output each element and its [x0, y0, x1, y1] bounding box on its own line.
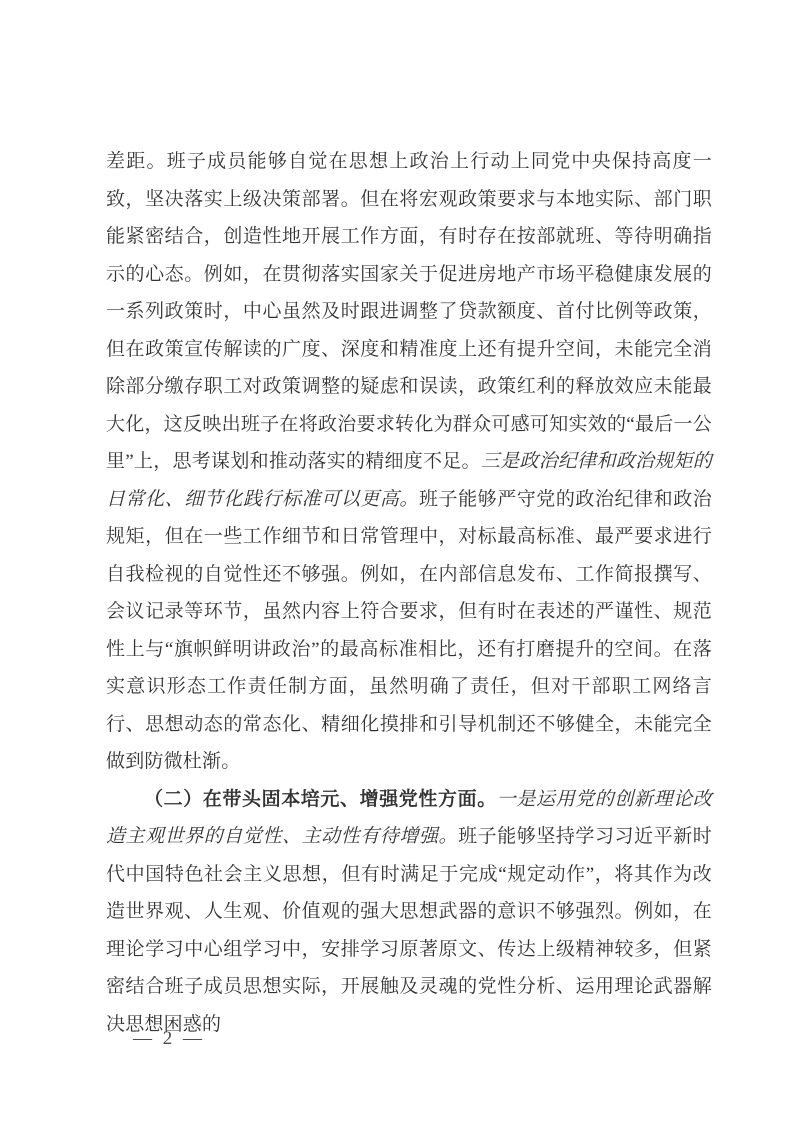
- document-page: 差距。班子成员能够自觉在思想上政治上行动上同党中央保持高度一致，坚决落实上级决策…: [0, 0, 793, 1122]
- body-text-run: 班子能够坚持学习习近平新时代中国特色社会主义思想，但有时满足于完成“规定动作”，…: [106, 826, 712, 1035]
- paragraph-section-two: （二）在带头固本培元、增强党性方面。一是运用党的创新理论改造主观世界的自觉性、主…: [106, 781, 712, 1044]
- paragraph-continuation: 差距。班子成员能够自觉在思想上政治上行动上同党中央保持高度一致，坚决落实上级决策…: [106, 143, 712, 781]
- body-text-run: 班子能够严守党的政治纪律和政治规矩，但在一些工作细节和日常管理中，对标最高标准、…: [106, 489, 712, 773]
- document-body: 差距。班子成员能够自觉在思想上政治上行动上同党中央保持高度一致，坚决落实上级决策…: [106, 143, 712, 1043]
- page-number: — 2 —: [133, 1028, 205, 1050]
- section-heading: （二）在带头固本培元、增强党性方面。: [144, 789, 497, 810]
- body-text-run: 差距。班子成员能够自觉在思想上政治上行动上同党中央保持高度一致，坚决落实上级决策…: [106, 151, 712, 472]
